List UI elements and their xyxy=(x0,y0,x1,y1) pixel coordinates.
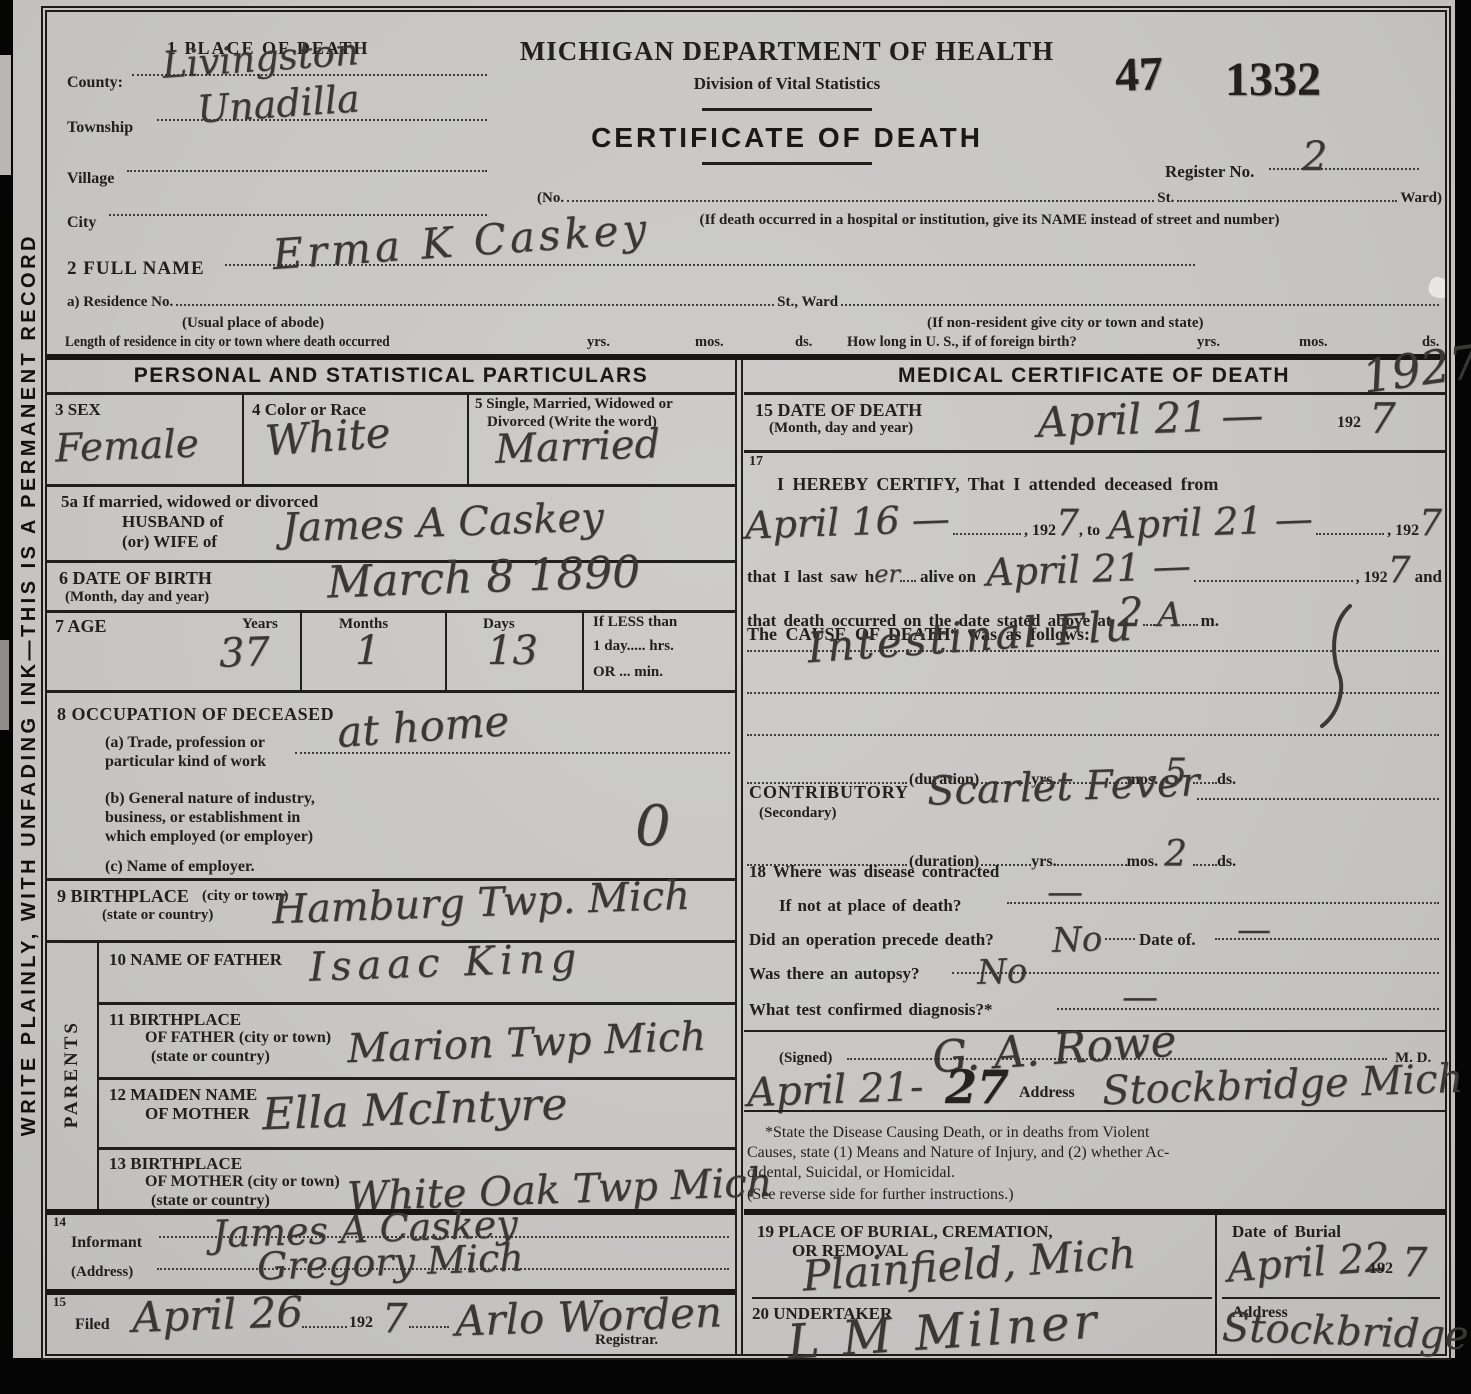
rule xyxy=(99,1002,735,1005)
last-saw-fill: er xyxy=(874,560,900,588)
footnote-line-4: (See reverse side for further instructio… xyxy=(747,1186,1014,1204)
certificate-title: CERTIFICATE OF DEATH xyxy=(507,122,1067,154)
rule xyxy=(99,1077,735,1080)
occupation-b-label-1: (b) General nature of industry, xyxy=(105,790,315,808)
father-name-label: 10 NAME OF FATHER xyxy=(109,950,282,970)
parents-label: PARENTS xyxy=(61,1020,83,1128)
year-printed: , 192 xyxy=(1356,569,1388,587)
leader-dots xyxy=(409,1326,449,1328)
st-ward-label: St., Ward xyxy=(777,294,838,311)
signed-label: (Signed) xyxy=(779,1050,832,1067)
informant-address-value: Gregory Mich xyxy=(256,1235,524,1288)
dob-label: 6 DATE OF BIRTH xyxy=(59,568,212,589)
filed-date-value: April 26 xyxy=(131,1287,304,1342)
dod-label: 15 DATE OF DEATH xyxy=(755,400,922,421)
hospital-note: (If death occurred in a hospital or inst… xyxy=(537,212,1442,229)
township-value: Unadilla xyxy=(196,76,361,131)
footnote-line-3: cidental, Suicidal, or Homicidal. xyxy=(747,1164,955,1182)
leader-dots xyxy=(953,533,1021,535)
q18a-label: If not at place of death? xyxy=(779,896,961,916)
leader-dots xyxy=(841,304,1439,306)
leader-dots xyxy=(302,1326,347,1328)
village-line xyxy=(127,170,487,172)
village-label: Village xyxy=(67,170,114,188)
q18d-line xyxy=(1057,1008,1439,1010)
register-no-value: 2 xyxy=(1302,134,1327,180)
parents-sidebar: PARENTS xyxy=(47,940,97,1209)
section-17-number: 17 xyxy=(749,454,763,470)
contributory-duration-days-value: 2 xyxy=(1164,834,1187,875)
leader-dots xyxy=(1316,533,1384,535)
city-label: City xyxy=(67,214,96,232)
leader-dots xyxy=(1182,624,1198,626)
last-saw-date-value: April 21 — xyxy=(985,543,1191,594)
mother-bp-label-2: OF MOTHER (city or town) xyxy=(145,1173,340,1191)
cell-border xyxy=(582,610,584,690)
department-title: MICHIGAN DEPARTMENT OF HEALTH xyxy=(507,36,1067,67)
attended-to-value: April 21 — xyxy=(1107,496,1313,547)
q18b-date-label: Date of. xyxy=(1139,930,1196,950)
certify-statement: I HEREBY CERTIFY, That I attended deceas… xyxy=(777,474,1218,495)
abode-note: (Usual place of abode) xyxy=(182,315,324,332)
rule xyxy=(47,392,735,395)
hospital-street-line: (No. St. Ward) xyxy=(537,190,1442,207)
occupation-a-value: at home xyxy=(336,696,511,757)
footnote-line-1: *State the Disease Causing Death, or in … xyxy=(765,1124,1149,1142)
mos-label: mos. xyxy=(1127,853,1159,871)
length-of-residence-label: Length of residence in city or town wher… xyxy=(65,334,390,351)
rule xyxy=(1222,1297,1440,1299)
occupation-c-flourish: 0 xyxy=(635,794,671,859)
informant-address-label: (Address) xyxy=(71,1264,133,1281)
birthplace-value: Hamburg Twp. Mich xyxy=(271,873,690,934)
division-subtitle: Division of Vital Statistics xyxy=(507,74,1067,94)
q18b-line xyxy=(1215,938,1439,940)
leader-dots xyxy=(1105,938,1135,940)
q18a-answer: — xyxy=(1047,872,1083,913)
dob-value: March 8 1890 xyxy=(326,547,641,609)
address-label: Address xyxy=(1019,1084,1075,1102)
burial-year-printed: 192 xyxy=(1369,1260,1393,1278)
age-days-value: 13 xyxy=(487,628,538,674)
wife-of-label: (or) WIFE of xyxy=(122,532,217,552)
yrs-label: yrs. xyxy=(1197,334,1220,351)
to-year-value: 7 xyxy=(1419,503,1442,544)
leader-dots xyxy=(1057,864,1127,866)
age-years-value: 37 xyxy=(218,629,270,677)
q18b-answer: No xyxy=(1051,919,1103,961)
margin-note-text: WRITE PLAINLY, WITH UNFADING INK—THIS IS… xyxy=(18,233,41,1136)
register-no-line xyxy=(1269,168,1419,170)
age-months-value: 1 xyxy=(355,628,380,674)
registrar-label: Registrar. xyxy=(595,1332,658,1349)
certificate-form: 1 PLACE OF DEATH County: Livingston Town… xyxy=(45,10,1447,1356)
cell-border xyxy=(300,610,302,690)
contributory-line xyxy=(1197,798,1439,800)
leader-dots xyxy=(176,304,774,306)
dod-year-value: 7 xyxy=(1369,394,1396,443)
occupation-a-label-1: (a) Trade, profession or xyxy=(105,734,265,752)
q18d-answer: — xyxy=(1122,977,1158,1018)
occupation-c-label: (c) Name of employer. xyxy=(105,858,255,876)
mother-bp-label-3: (state or country) xyxy=(151,1192,270,1210)
leader-dots xyxy=(1194,580,1353,582)
county-label: County: xyxy=(67,74,123,92)
filed-label: Filed xyxy=(75,1316,110,1334)
medical-section-title: MEDICAL CERTIFICATE OF DEATH xyxy=(744,364,1444,388)
dod-value: April 21 — xyxy=(1036,390,1264,447)
father-bp-label-3: (state or country) xyxy=(151,1048,270,1066)
certificate-number-stamp: 1332 xyxy=(1225,52,1321,107)
ds-label: ds. xyxy=(1217,853,1236,871)
scanned-death-certificate: WRITE PLAINLY, WITH UNFADING INK—THIS IS… xyxy=(0,0,1471,1394)
rule xyxy=(47,690,735,693)
rule xyxy=(47,610,735,613)
attended-dates-line: April 16 — , 192 7 , to April 21 — , 192… xyxy=(745,500,1442,544)
mos-label: mos. xyxy=(1299,334,1328,351)
last-saw-year-value: 7 xyxy=(1388,550,1411,591)
mother-name-value: Ella McIntyre xyxy=(261,1079,568,1141)
m-label: m. xyxy=(1201,611,1219,631)
nonresident-note: (If non-resident give city or town and s… xyxy=(927,315,1204,332)
full-name-label: 2 FULL NAME xyxy=(67,258,205,280)
sign-date-overstamp: 27 xyxy=(945,1060,1009,1114)
age-label: 7 AGE xyxy=(55,616,107,637)
residence-line: a) Residence No. St., Ward xyxy=(67,294,1442,311)
q18-label: 18 Where was disease contracted xyxy=(749,862,999,882)
mother-name-label-1: 12 MAIDEN NAME xyxy=(109,1085,257,1105)
filed-year-value: 7 xyxy=(382,1296,407,1342)
parents-strip-border xyxy=(97,940,99,1209)
rule xyxy=(47,484,735,487)
occupation-b-label-3: which employed (or employer) xyxy=(105,828,313,846)
section-divider-heavy xyxy=(47,354,1445,360)
rule xyxy=(744,392,1445,395)
father-bp-label-2: OF FATHER (city or town) xyxy=(145,1029,331,1047)
city-line xyxy=(109,214,487,216)
leader-dots xyxy=(900,580,916,582)
informant-label: Informant xyxy=(71,1234,142,1252)
mother-bp-label-1: 13 BIRTHPLACE xyxy=(109,1154,242,1174)
cause-line-3 xyxy=(747,734,1439,736)
sex-value: Female xyxy=(54,422,199,472)
birthplace-label: 9 BIRTHPLACE xyxy=(57,886,189,907)
if-less-label-2: 1 day..... hrs. xyxy=(593,638,674,655)
informant-number: 14 xyxy=(53,1214,66,1230)
yrs-label: yrs. xyxy=(1031,853,1056,871)
undertaker-address-value: Stockbridge M. xyxy=(1221,1305,1471,1362)
q18c-line xyxy=(952,972,1439,974)
burial-cell-divider xyxy=(1215,1215,1217,1354)
rule xyxy=(744,450,1445,453)
leader-dots xyxy=(567,200,1154,202)
cause-line-1 xyxy=(747,650,1439,652)
alive-on-label: alive on xyxy=(920,567,976,587)
year-printed: , 192 xyxy=(1024,522,1056,540)
sign-date-value: April 21- xyxy=(746,1064,924,1116)
attended-from-value: April 16 — xyxy=(744,496,950,547)
marital-value: Married xyxy=(494,421,661,473)
ampm-value: A xyxy=(1157,595,1182,635)
to-label: , to xyxy=(1079,522,1100,540)
yrs-label: yrs. xyxy=(587,334,610,351)
cause-line-2 xyxy=(747,692,1439,694)
occupation-label: 8 OCCUPATION OF DECEASED xyxy=(57,704,334,725)
mother-name-label-2: OF MOTHER xyxy=(145,1104,250,1124)
pen-flourish xyxy=(1312,602,1358,732)
q18b-date-answer: — xyxy=(1237,910,1271,950)
from-year-value: 7 xyxy=(1056,503,1079,544)
filed-year-printed: 192 xyxy=(349,1314,373,1332)
father-bp-label-1: 11 BIRTHPLACE xyxy=(109,1010,241,1030)
dob-sub-label: (Month, day and year) xyxy=(65,589,209,606)
personal-section-title: PERSONAL AND STATISTICAL PARTICULARS xyxy=(47,364,735,388)
cell-border xyxy=(467,392,469,484)
footnote-line-2: Causes, state (1) Means and Nature of In… xyxy=(747,1144,1169,1162)
register-no-label: Register No. xyxy=(1165,162,1254,182)
how-long-us-label: How long in U. S., if of foreign birth? xyxy=(847,334,1077,351)
rule xyxy=(752,1297,1212,1299)
secondary-label: (Secondary) xyxy=(759,805,837,822)
rule xyxy=(744,1110,1445,1112)
marital-label-1: 5 Single, Married, Widowed or xyxy=(475,396,673,413)
spouse-value: James A Caskey xyxy=(281,494,604,551)
township-label: Township xyxy=(67,119,133,137)
occupation-b-label-2: business, or establishment in xyxy=(105,809,300,827)
race-value: White xyxy=(263,408,392,466)
father-name-value: Isaac King xyxy=(308,935,583,991)
ward-label: Ward) xyxy=(1400,190,1442,207)
leader-dots xyxy=(1177,200,1397,202)
q18b-label: Did an operation precede death? xyxy=(749,930,994,950)
cell-border xyxy=(445,610,447,690)
father-bp-value: Marion Twp Mich xyxy=(346,1014,706,1073)
registrar-signature: Arlo Worden xyxy=(454,1287,723,1345)
ds-label: ds. xyxy=(1217,771,1236,789)
cell-border xyxy=(242,392,244,484)
last-saw-label: that I last saw h xyxy=(747,567,874,587)
divider xyxy=(702,162,872,165)
contributory-label: CONTRIBUTORY xyxy=(749,782,909,803)
and-label: and xyxy=(1415,567,1442,587)
occupation-a-label-2: particular kind of work xyxy=(105,753,266,771)
scan-edge-artifact xyxy=(0,55,11,175)
margin-note: WRITE PLAINLY, WITH UNFADING INK—THIS IS… xyxy=(12,30,46,1340)
no-label: (No. xyxy=(537,190,564,207)
divider xyxy=(702,108,872,111)
dod-sub-label: (Month, day and year) xyxy=(769,420,913,437)
rule xyxy=(99,1147,735,1150)
burial-date-value: April 22 xyxy=(1226,1234,1392,1291)
q18c-label: Was there an autopsy? xyxy=(749,964,920,984)
leader-dots xyxy=(1143,624,1155,626)
last-saw-line: that I last saw h er alive on April 21 —… xyxy=(747,547,1442,591)
file-number-stamp: 47 xyxy=(1114,46,1164,103)
sex-label: 3 SEX xyxy=(55,400,101,420)
scan-edge-artifact xyxy=(0,640,9,730)
husband-of-label: HUSBAND of xyxy=(122,512,224,532)
dod-year-printed: 192 xyxy=(1337,414,1361,432)
ds-label: ds. xyxy=(795,334,812,351)
residence-label: a) Residence No. xyxy=(67,294,173,311)
burial-year-value: 7 xyxy=(1402,1240,1427,1286)
birthplace-sub-2: (state or country) xyxy=(102,907,213,924)
year-printed: , 192 xyxy=(1387,522,1419,540)
if-less-label-1: If LESS than xyxy=(593,614,677,631)
heavy-rule xyxy=(744,1209,1445,1215)
contributory-value: Scarlet Fever xyxy=(926,759,1200,814)
st-label: St. xyxy=(1157,190,1174,207)
mos-label: mos. xyxy=(695,334,724,351)
if-less-label-3: OR ... min. xyxy=(593,664,663,681)
spouse-label: 5a If married, widowed or divorced xyxy=(61,492,318,512)
filed-number: 15 xyxy=(53,1294,66,1310)
leader-dots xyxy=(1193,864,1217,866)
q18d-label: What test confirmed diagnosis?* xyxy=(749,1000,993,1020)
